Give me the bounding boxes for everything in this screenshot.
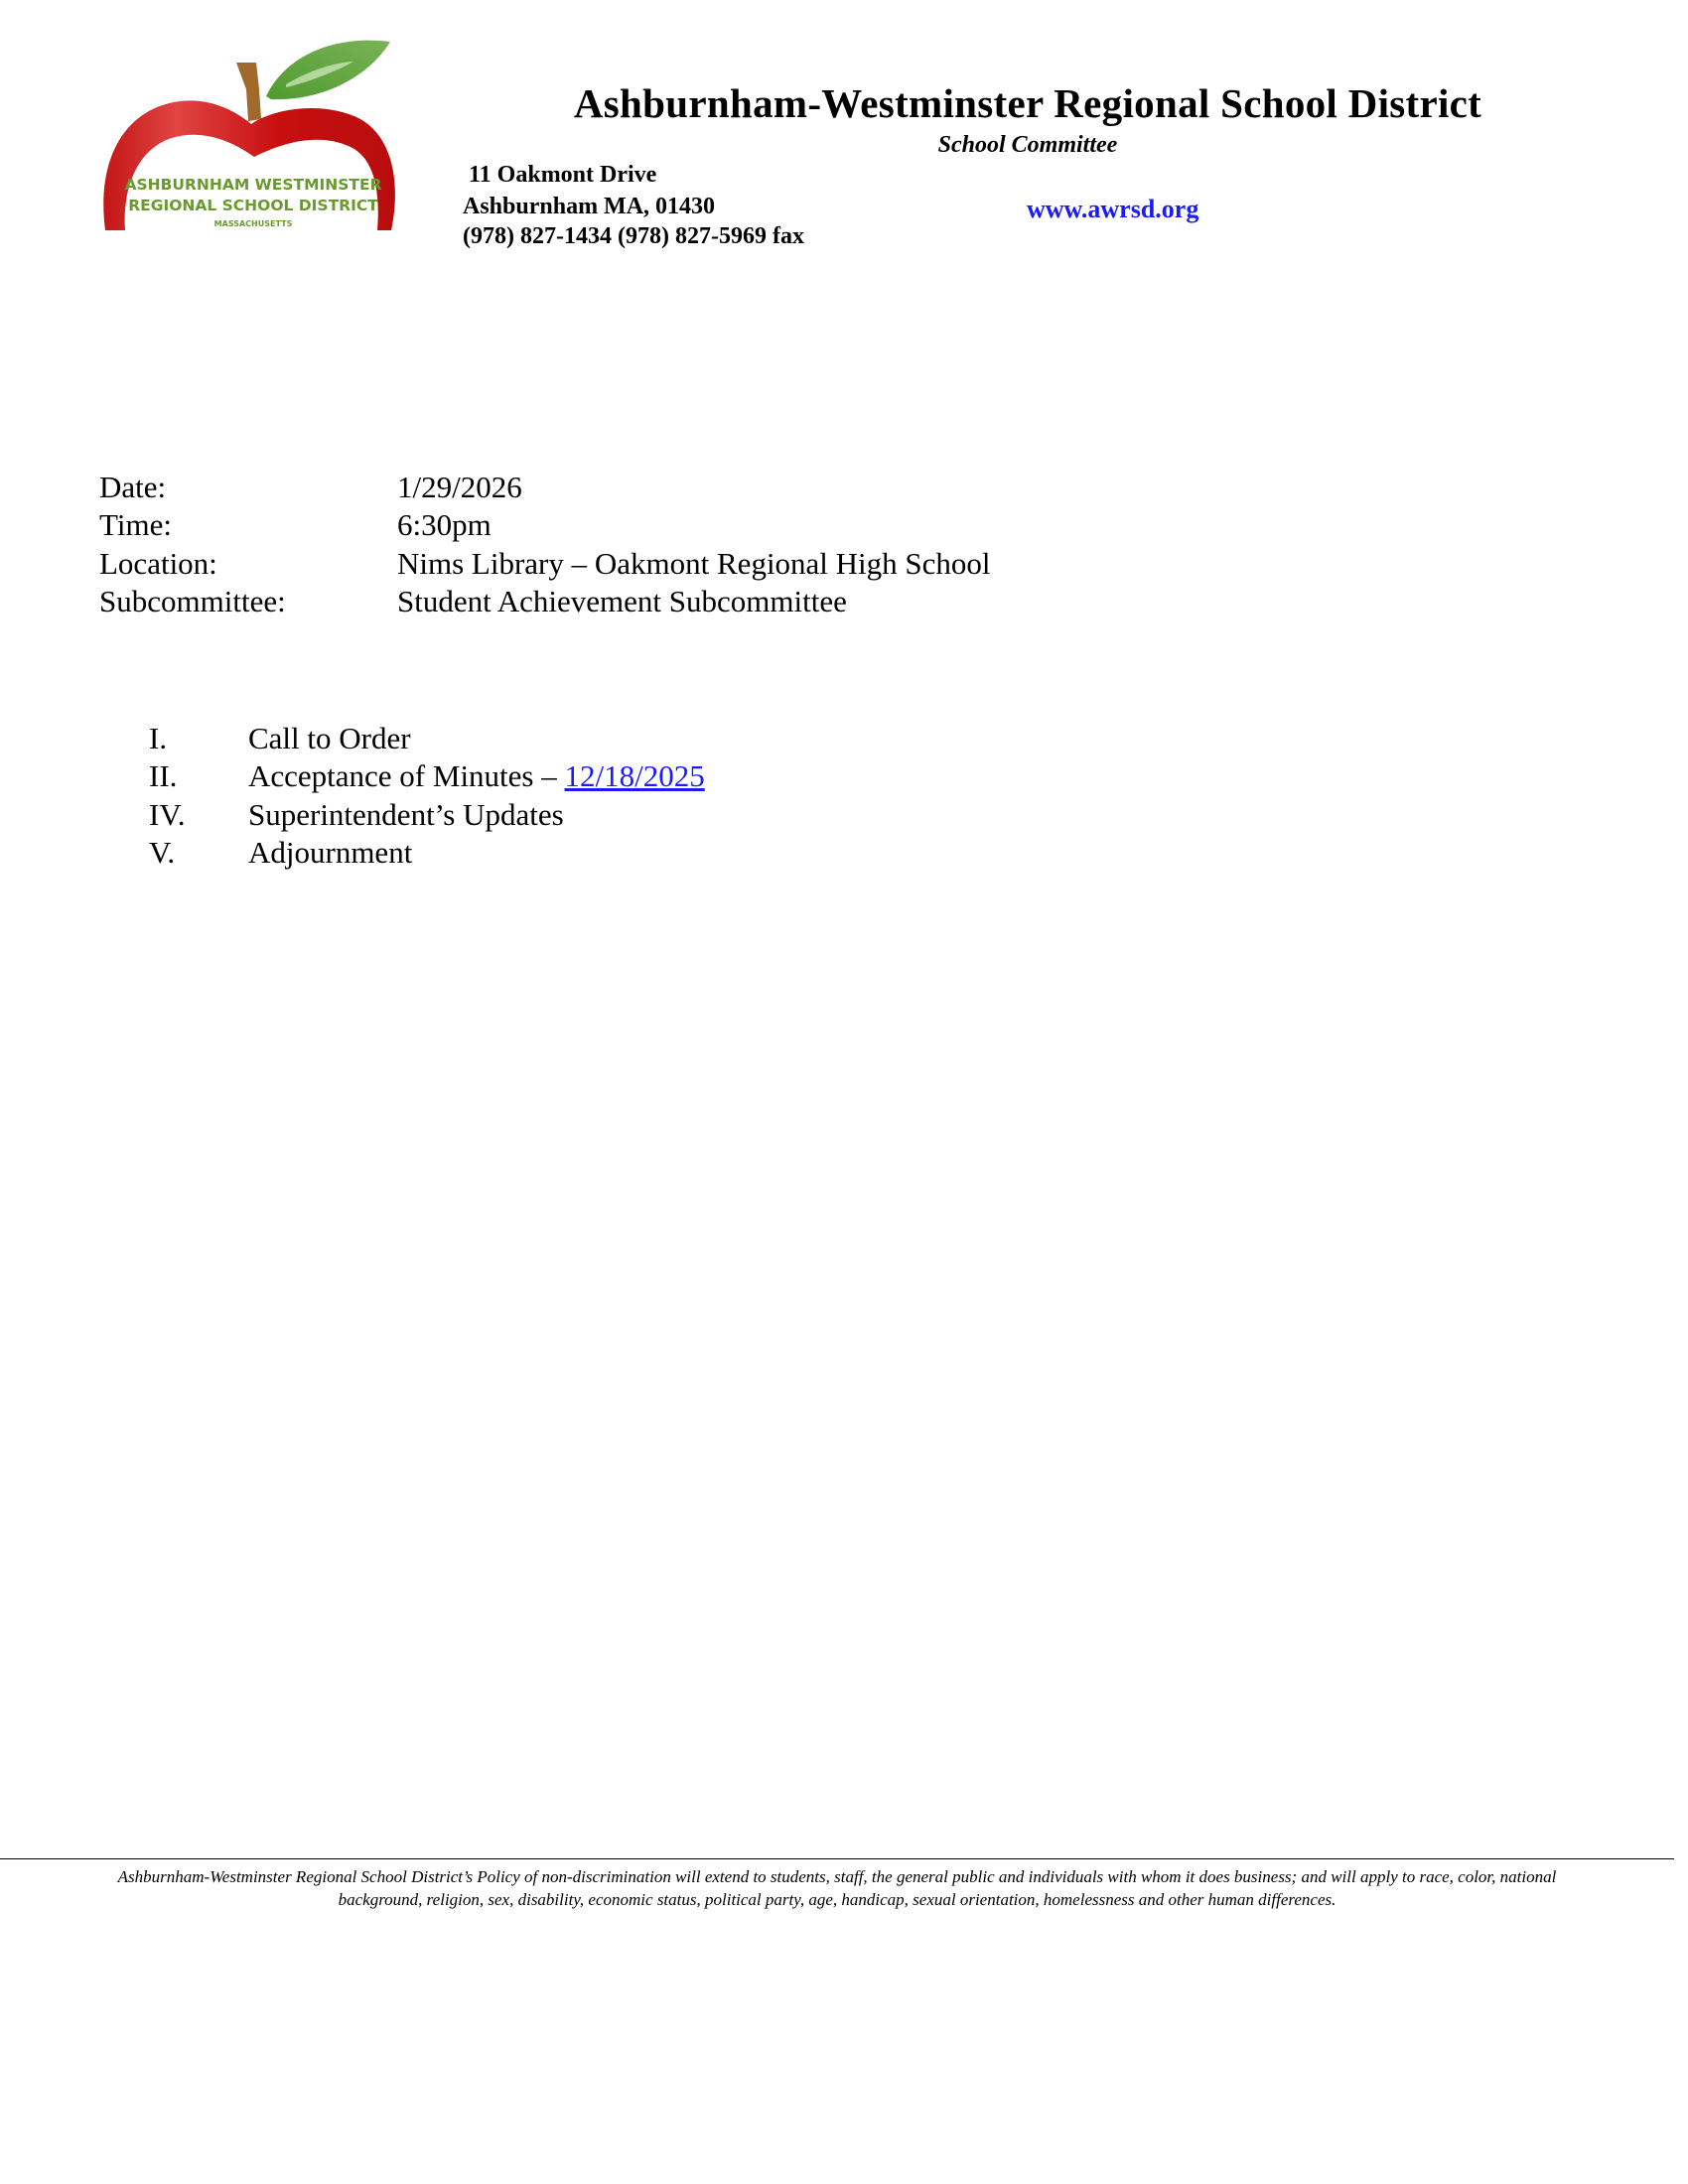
- logo-line3: MASSACHUSETTS: [214, 219, 293, 228]
- website-link[interactable]: www.awrsd.org: [1027, 195, 1198, 224]
- agenda-text-with-link: Acceptance of Minutes – 12/18/2025: [248, 758, 705, 794]
- address-street: 11 Oakmont Drive: [469, 162, 656, 189]
- phone-fax: (978) 827-1434 (978) 827-5969 fax: [463, 223, 804, 250]
- time-label: Time:: [99, 507, 172, 543]
- address-city: Ashburnham MA, 01430: [463, 194, 715, 220]
- time-value: 6:30pm: [397, 507, 492, 543]
- footer-line2: background, religion, sex, disability, e…: [0, 1888, 1674, 1911]
- agenda-numeral: I.: [149, 721, 167, 756]
- footer-line1: Ashburnham-Westminster Regional School D…: [0, 1865, 1674, 1888]
- location-value: Nims Library – Oakmont Regional High Sch…: [397, 546, 991, 582]
- district-title: Ashburnham-Westminster Regional School D…: [0, 79, 1688, 127]
- logo-line2: REGIONAL SCHOOL DISTRICT: [128, 197, 378, 214]
- date-label: Date:: [99, 470, 166, 505]
- agenda-numeral: II.: [149, 758, 177, 794]
- subcommittee-value: Student Achievement Subcommittee: [397, 584, 847, 619]
- minutes-link[interactable]: 12/18/2025: [565, 758, 705, 793]
- footer-divider: [0, 1858, 1674, 1859]
- non-discrimination-policy: Ashburnham-Westminster Regional School D…: [0, 1865, 1674, 1911]
- agenda-text: Call to Order: [248, 721, 411, 756]
- committee-subtitle: School Committee: [0, 132, 1688, 159]
- subcommittee-label: Subcommittee:: [99, 584, 286, 619]
- agenda-numeral: IV.: [149, 797, 185, 833]
- agenda-text: Superintendent’s Updates: [248, 797, 564, 833]
- agenda-text: Adjournment: [248, 835, 412, 871]
- agenda-numeral: V.: [149, 835, 175, 871]
- logo-line1: ASHBURNHAM WESTMINSTER: [124, 176, 381, 194]
- agenda-text: Acceptance of Minutes –: [248, 758, 565, 793]
- date-value: 1/29/2026: [397, 470, 522, 505]
- location-label: Location:: [99, 546, 217, 582]
